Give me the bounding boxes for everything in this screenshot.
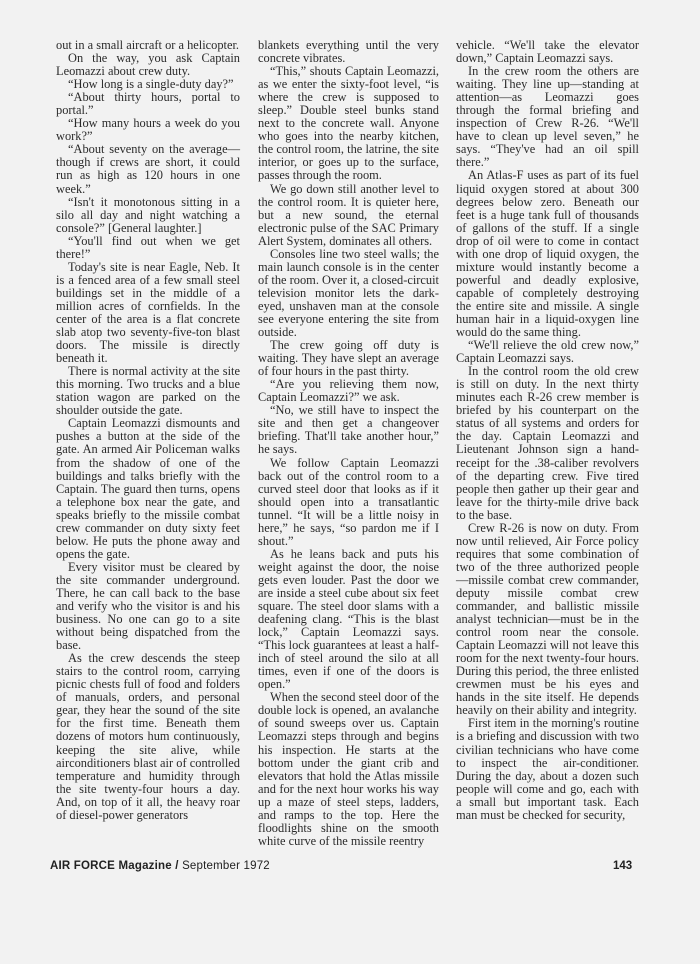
article-paragraph: “This,” shouts Captain Leomazzi, as we e…: [258, 65, 439, 182]
footer-publication-line: AIR FORCE Magazine / September 1972: [50, 860, 270, 872]
article-paragraph: Today's site is near Eagle, Neb. It is a…: [56, 261, 240, 365]
article-paragraph: vehicle. “We'll take the elevator down,”…: [456, 39, 639, 65]
article-paragraph: On the way, you ask Captain Leomazzi abo…: [56, 52, 240, 78]
article-paragraph: In the crew room the others are waiting.…: [456, 65, 639, 169]
page-number: 143: [613, 860, 632, 872]
article-paragraph: An Atlas-F uses as part of its fuel liqu…: [456, 169, 639, 339]
article-paragraph: There is normal activity at the site thi…: [56, 365, 240, 417]
publication-word: Magazine: [118, 860, 171, 872]
article-column-2: blankets everything until the very concr…: [258, 39, 439, 848]
publication-brand: AIR FORCE: [50, 860, 115, 872]
article-column-3: vehicle. “We'll take the elevator down,”…: [456, 39, 639, 822]
article-paragraph: “Are you relieving them now, Captain Leo…: [258, 378, 439, 404]
article-paragraph: The crew going off duty is waiting. They…: [258, 339, 439, 378]
article-paragraph: “How many hours a week do you work?”: [56, 117, 240, 143]
article-paragraph: We go down still another level to the co…: [258, 183, 439, 248]
article-paragraph: “You'll find out when we get there!”: [56, 235, 240, 261]
footer-separator: /: [175, 860, 178, 872]
article-paragraph: “No, we still have to inspect the site a…: [258, 404, 439, 456]
article-paragraph: Every visitor must be cleared by the sit…: [56, 561, 240, 652]
article-column-1: out in a small aircraft or a helicopter.…: [56, 39, 240, 822]
article-paragraph: “Isn't it monotonous sitting in a silo a…: [56, 196, 240, 235]
article-paragraph: When the second steel door of the double…: [258, 691, 439, 848]
article-paragraph: blankets everything until the very concr…: [258, 39, 439, 65]
article-paragraph: Crew R-26 is now on duty. From now until…: [456, 522, 639, 718]
article-paragraph: As he leans back and puts his weight aga…: [258, 548, 439, 692]
article-paragraph: We follow Captain Leomazzi back out of t…: [258, 457, 439, 548]
article-paragraph: As the crew descends the steep stairs to…: [56, 652, 240, 822]
article-paragraph: In the control room the old crew is stil…: [456, 365, 639, 522]
article-paragraph: Captain Leomazzi dismounts and pushes a …: [56, 417, 240, 561]
article-paragraph: First item in the morning's routine is a…: [456, 717, 639, 821]
article-paragraph: Consoles line two steel walls; the main …: [258, 248, 439, 339]
article-paragraph: “About seventy on the average—though if …: [56, 143, 240, 195]
article-paragraph: “About thirty hours, portal to portal.”: [56, 91, 240, 117]
article-paragraph: “We'll relieve the old crew now,” Captai…: [456, 339, 639, 365]
publication-date: September 1972: [182, 860, 270, 872]
